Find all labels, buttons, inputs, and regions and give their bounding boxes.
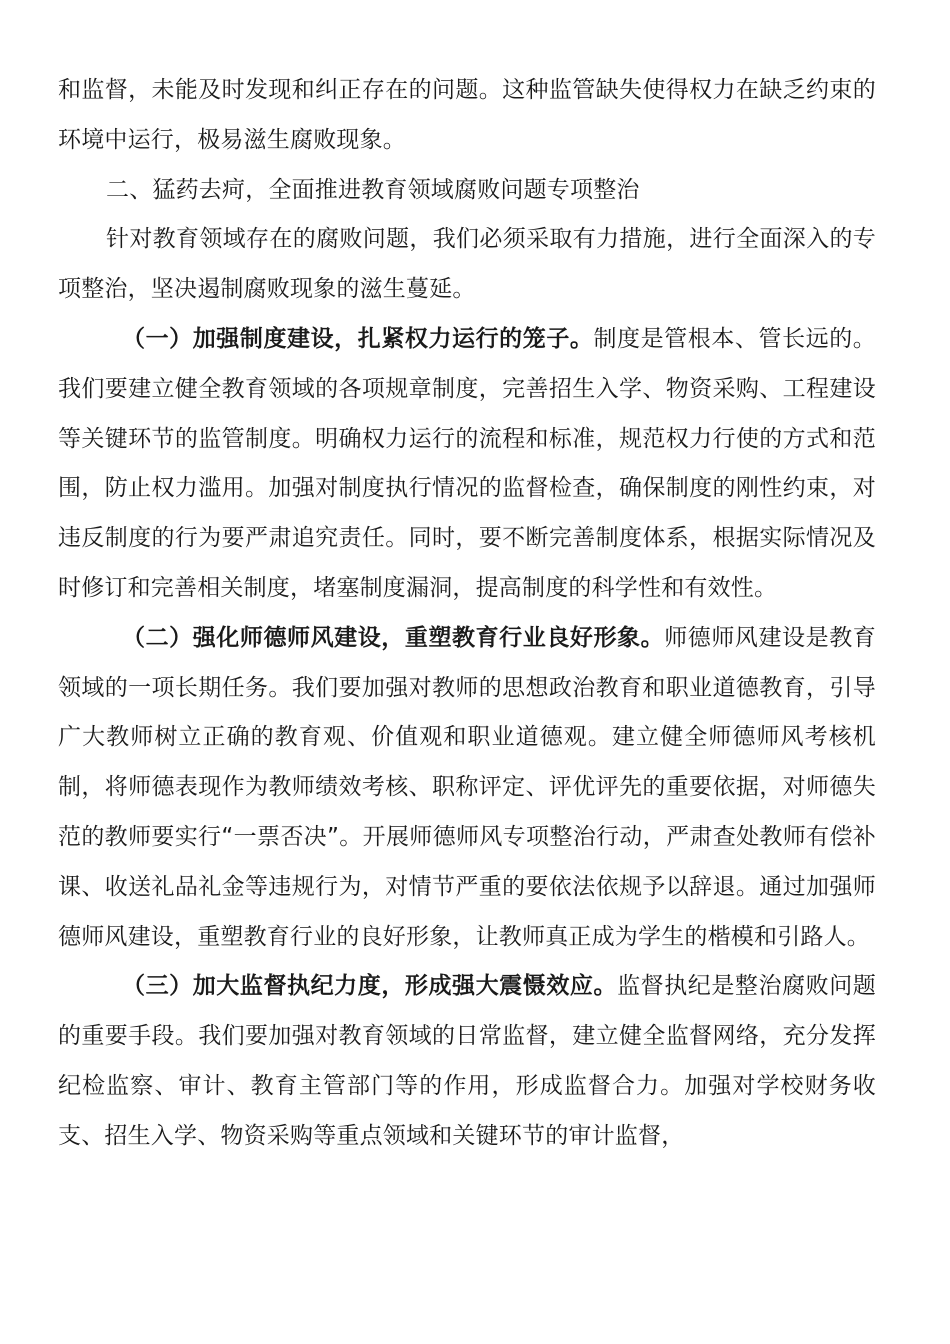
paragraph-text: 制度是管根本、管长远的。我们要建立健全教育领域的各项规章制度，完善招生入学、物资… [58,326,876,601]
paragraph-text: 和监督，未能及时发现和纠正存在的问题。这种监管缺失使得权力在缺乏约束的环境中运行… [58,77,876,153]
item-lead-heading: （三）加大监督执纪力度，形成强大震慑效应。 [122,973,617,999]
document-page: 和监督，未能及时发现和纠正存在的问题。这种监管缺失使得权力在缺乏约束的环境中运行… [58,66,876,1162]
section-heading: 二、猛药去疴，全面推进教育领域腐败问题专项整治 [58,166,876,216]
item-lead-heading: （一）加强制度建设，扎紧权力运行的笼子。 [122,326,593,352]
paragraph-item-3: （三）加大监督执纪力度，形成强大震慑效应。监督执纪是整治腐败问题的重要手段。我们… [58,962,876,1161]
paragraph-text: 师德师风建设是教育领域的一项长期任务。我们要加强对教师的思想政治教育和职业道德教… [58,625,876,950]
section-heading-text: 二、猛药去疴，全面推进教育领域腐败问题专项整治 [106,177,640,203]
paragraph-text: 针对教育领域存在的腐败问题，我们必须采取有力措施，进行全面深入的专项整治，坚决遏… [58,226,876,302]
paragraph-item-1: （一）加强制度建设，扎紧权力运行的笼子。制度是管根本、管长远的。我们要建立健全教… [58,315,876,614]
paragraph-continuation: 和监督，未能及时发现和纠正存在的问题。这种监管缺失使得权力在缺乏约束的环境中运行… [58,66,876,166]
item-lead-heading: （二）强化师德师风建设，重塑教育行业良好形象。 [122,625,664,651]
paragraph-section-intro: 针对教育领域存在的腐败问题，我们必须采取有力措施，进行全面深入的专项整治，坚决遏… [58,215,876,315]
paragraph-item-2: （二）强化师德师风建设，重塑教育行业良好形象。师德师风建设是教育领域的一项长期任… [58,614,876,963]
paragraph-text: 监督执纪是整治腐败问题的重要手段。我们要加强对教育领域的日常监督，建立健全监督网… [58,973,876,1148]
